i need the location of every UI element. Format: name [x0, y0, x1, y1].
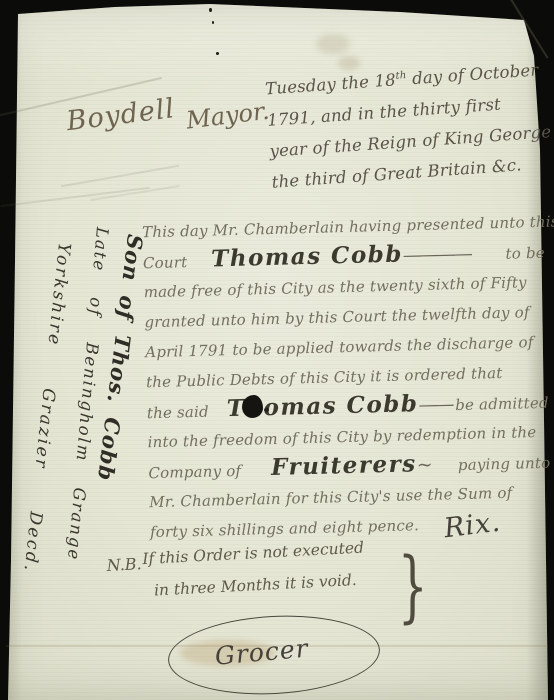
pen-flourish: —— [418, 393, 453, 416]
ink-speck [212, 21, 214, 24]
body-line-right: be admitted [455, 388, 549, 420]
superscript-th: th [395, 70, 407, 82]
oval-label: Grocer [214, 634, 310, 671]
nb-label: N.B. [106, 554, 142, 575]
name-highlight: Thomas Cobb [211, 241, 403, 273]
name-highlight: Fruiterers [271, 450, 417, 481]
ink-speck [264, 408, 269, 412]
body-text: This day Mr. Chamberlain having presente… [142, 207, 553, 547]
document-scan: BoydellMayor. Tuesday the 18th day of Oc… [0, 0, 554, 700]
body-line-right: to be [505, 238, 545, 269]
ink-speck [209, 8, 212, 12]
nb-brace: } [398, 542, 428, 632]
ink-speck [216, 52, 219, 55]
body-line-right: paying unto [458, 448, 551, 480]
ink-blot [242, 395, 263, 418]
pen-flourish: ———— [403, 243, 472, 267]
pen-flourish: ~ [416, 454, 430, 476]
date-inscription: Tuesday the 18th day of October 1791, an… [264, 50, 554, 197]
